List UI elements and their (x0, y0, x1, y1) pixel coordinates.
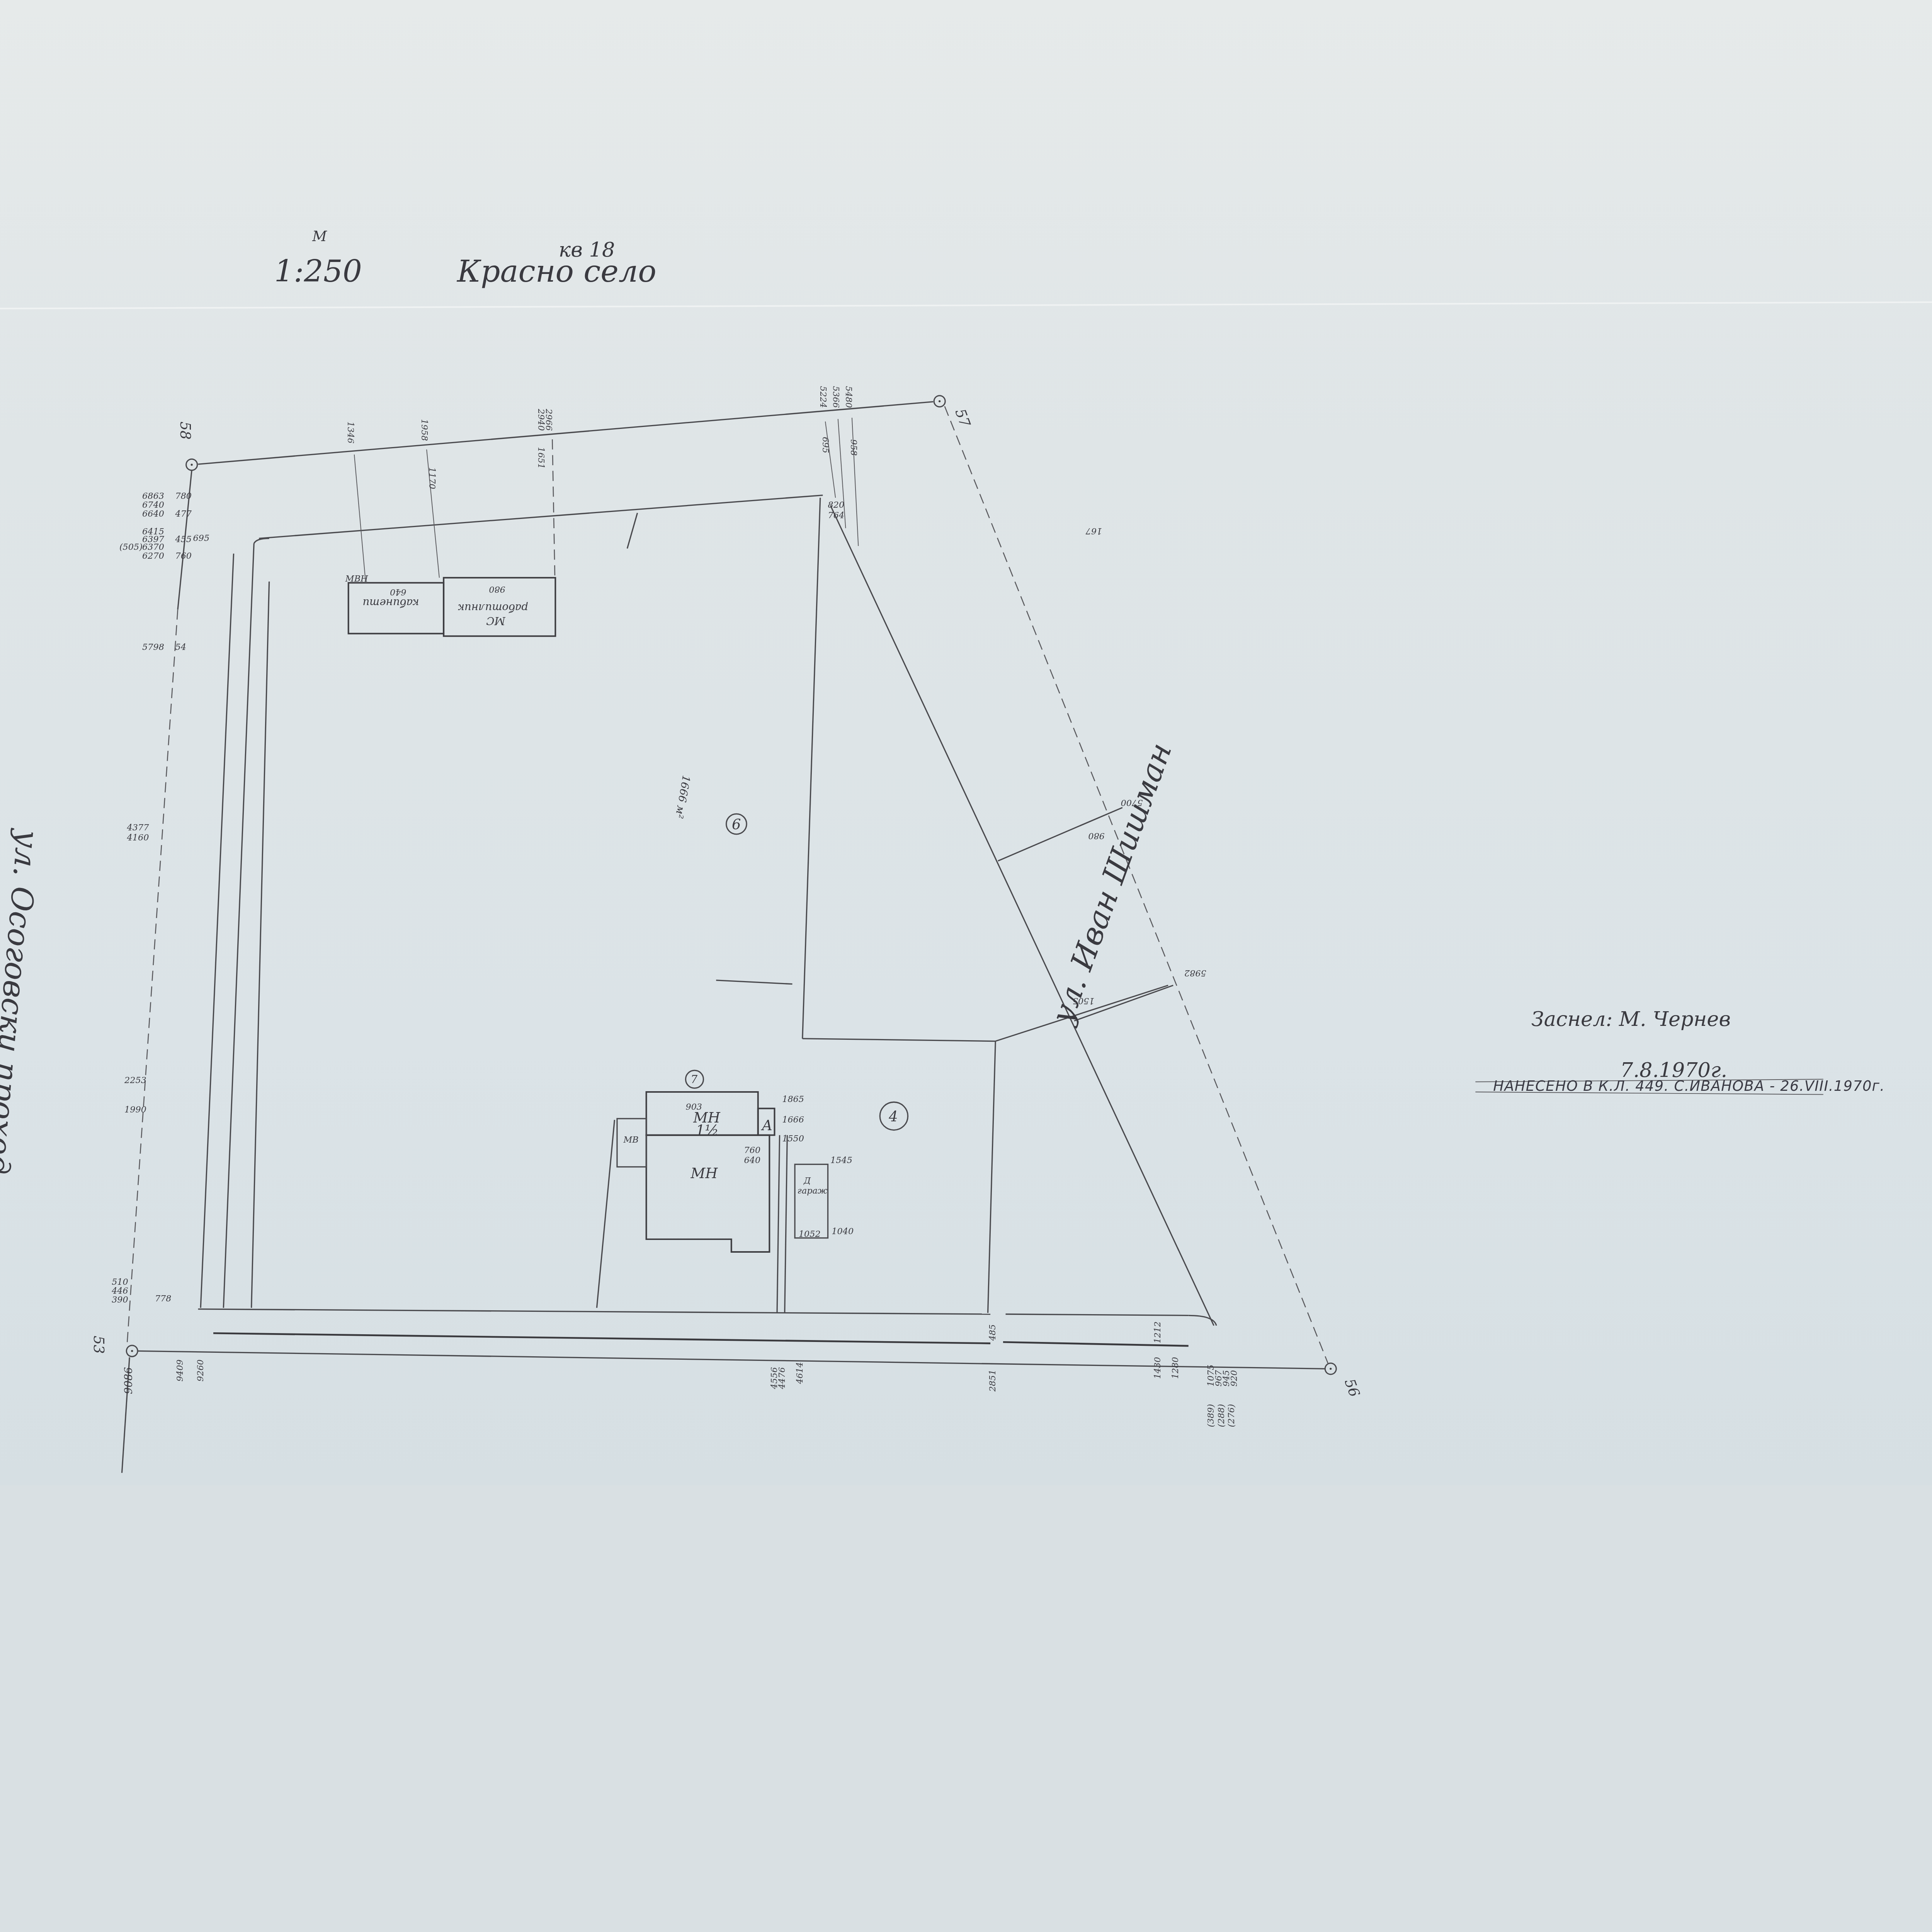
svg-text:7: 7 (691, 1073, 698, 1086)
svg-text:9409: 9409 (175, 1359, 185, 1381)
svg-text:820: 820 (828, 500, 844, 510)
station-53: 53 (90, 1336, 138, 1357)
parcel-4-label: 4 (880, 1102, 908, 1130)
building-offices: кабинети МВН 640 (345, 574, 444, 634)
svg-text:695: 695 (193, 533, 209, 543)
svg-text:167: 167 (1085, 526, 1102, 536)
svg-text:6: 6 (732, 816, 741, 833)
svg-text:2851: 2851 (988, 1370, 998, 1392)
street-diagonal-label: ул. Иван Шишман (1044, 738, 1179, 1029)
svg-text:640: 640 (390, 587, 406, 597)
station-58: 58 (177, 422, 197, 470)
svg-text:903: 903 (685, 1102, 702, 1112)
svg-text:1½: 1½ (696, 1122, 719, 1139)
svg-text:1651: 1651 (536, 447, 546, 469)
scale-prefix: М (312, 228, 327, 245)
entered-note: НАНЕСЕНО В К.Л. 449. С.ИВАНОВА - 26.VIII… (1493, 1078, 1885, 1094)
svg-text:920: 920 (1229, 1370, 1239, 1387)
building-house-lower: МН 760 640 (646, 1135, 770, 1252)
svg-text:5366: 5366 (831, 386, 841, 408)
title-block: М 1:250 Красно село кв 18 (274, 228, 656, 289)
svg-text:6640: 6640 (142, 509, 164, 519)
bottom-measurements: 9086 9409 9260 4556 4476 4614 2851 485 1… (122, 1321, 1239, 1427)
driveway-line (785, 1135, 787, 1313)
svg-text:Д: Д (803, 1176, 811, 1186)
svg-text:5224: 5224 (818, 386, 828, 408)
station-56: 56 (1325, 1363, 1363, 1399)
svg-text:958: 958 (849, 439, 859, 456)
svg-text:1052: 1052 (799, 1229, 821, 1239)
svg-text:485: 485 (988, 1324, 998, 1341)
scale-label: 1:250 (274, 253, 362, 289)
svg-text:4160: 4160 (127, 833, 149, 843)
svg-text:А: А (761, 1117, 773, 1134)
svg-text:4377: 4377 (127, 823, 150, 833)
svg-text:1958: 1958 (419, 419, 429, 441)
survey-drawing: М 1:250 Красно село кв 18 58 57 56 53 (0, 0, 1932, 1485)
building-workshop: работилник МС 980 (444, 578, 555, 636)
svg-text:760: 760 (744, 1145, 761, 1155)
svg-text:510: 510 (112, 1277, 128, 1287)
block-boundary (198, 495, 1216, 1346)
svg-text:780: 780 (175, 491, 192, 501)
parcel-6-label: 6 1666 м² (673, 774, 747, 834)
building-annex: А (758, 1109, 775, 1135)
svg-text:1505: 1505 (1073, 996, 1095, 1006)
building-house-upper: МН 1½ 903 (646, 1092, 758, 1139)
surveyor-signature: Заснел: М. Чернев (1531, 1007, 1731, 1031)
svg-text:(276): (276) (1226, 1404, 1236, 1427)
top-measurements: 1346 1958 2966 2940 5224 5366 5480 1170 … (345, 386, 858, 520)
svg-text:446: 446 (111, 1286, 128, 1296)
svg-text:980: 980 (1088, 831, 1105, 841)
svg-text:МС: МС (486, 614, 505, 627)
svg-text:6863: 6863 (142, 491, 164, 501)
svg-text:455: 455 (175, 534, 192, 544)
svg-text:764: 764 (828, 510, 844, 520)
svg-text:6740: 6740 (142, 500, 164, 510)
svg-text:1040: 1040 (832, 1226, 854, 1236)
svg-text:(389): (389) (1206, 1404, 1216, 1427)
building-garage: Д гараж (795, 1164, 828, 1238)
svg-text:1280: 1280 (1170, 1357, 1180, 1379)
svg-text:1545: 1545 (830, 1155, 852, 1165)
svg-text:5982: 5982 (1184, 968, 1206, 978)
svg-text:54: 54 (175, 642, 186, 652)
svg-text:1666: 1666 (782, 1115, 804, 1125)
parcel-7-label: 7 (685, 1070, 703, 1088)
svg-text:9086: 9086 (122, 1367, 135, 1394)
svg-text:1212: 1212 (1153, 1321, 1163, 1344)
svg-text:6370: 6370 (142, 542, 164, 552)
svg-text:кабинети: кабинети (362, 597, 419, 609)
svg-text:работилник: работилник (458, 602, 528, 614)
svg-text:4476: 4476 (777, 1367, 787, 1389)
left-measurements: 6863 6740 6640 6415 6397 6370 6270 5798 … (111, 491, 209, 1305)
svg-text:1865: 1865 (782, 1094, 804, 1104)
signature-block: Заснел: М. Чернев 7.8.1970г. НАНЕСЕНО В … (1475, 1007, 1885, 1094)
svg-text:1990: 1990 (124, 1105, 146, 1115)
svg-text:477: 477 (175, 509, 192, 519)
svg-text:(288): (288) (1216, 1404, 1226, 1427)
svg-text:4: 4 (888, 1108, 898, 1125)
svg-text:1346: 1346 (345, 422, 355, 444)
svg-text:4614: 4614 (795, 1362, 805, 1384)
svg-text:58: 58 (177, 422, 194, 440)
svg-text:1170: 1170 (427, 467, 437, 489)
svg-text:695: 695 (820, 437, 830, 453)
svg-text:53: 53 (90, 1336, 107, 1354)
building-shed: МВ (617, 1119, 646, 1167)
street-left-label: ул. Осоговски проход (0, 828, 46, 1176)
svg-text:(505): (505) (119, 542, 143, 552)
svg-text:МН: МН (690, 1165, 718, 1182)
svg-text:980: 980 (489, 584, 505, 594)
svg-text:6270: 6270 (142, 551, 164, 561)
svg-text:5798: 5798 (142, 642, 164, 652)
driveway-line (777, 1135, 780, 1313)
svg-text:778: 778 (155, 1294, 172, 1304)
svg-text:2940: 2940 (536, 408, 546, 431)
survey-sheet: М 1:250 Красно село кв 18 58 57 56 53 (0, 0, 1932, 1485)
svg-text:760: 760 (175, 551, 192, 561)
svg-text:1430: 1430 (1153, 1357, 1163, 1379)
svg-text:1666 м²: 1666 м² (673, 774, 693, 820)
svg-text:МВ: МВ (623, 1135, 638, 1145)
station-57: 57 (934, 396, 974, 429)
svg-text:5700: 5700 (1121, 798, 1143, 808)
svg-text:390: 390 (112, 1295, 128, 1305)
svg-text:56: 56 (1341, 1376, 1363, 1399)
svg-text:9260: 9260 (196, 1359, 206, 1381)
svg-text:5480: 5480 (843, 386, 853, 408)
svg-text:57: 57 (952, 406, 974, 429)
top-offset-lines (354, 418, 859, 583)
svg-text:640: 640 (744, 1155, 761, 1165)
svg-text:1550: 1550 (782, 1134, 804, 1144)
block-label: кв 18 (559, 238, 615, 262)
locality-label: Красно село (456, 253, 656, 289)
svg-text:гараж: гараж (798, 1186, 828, 1196)
center-measurements: 1865 1666 1550 1545 1052 1040 (782, 1094, 854, 1239)
svg-text:2253: 2253 (124, 1075, 146, 1085)
